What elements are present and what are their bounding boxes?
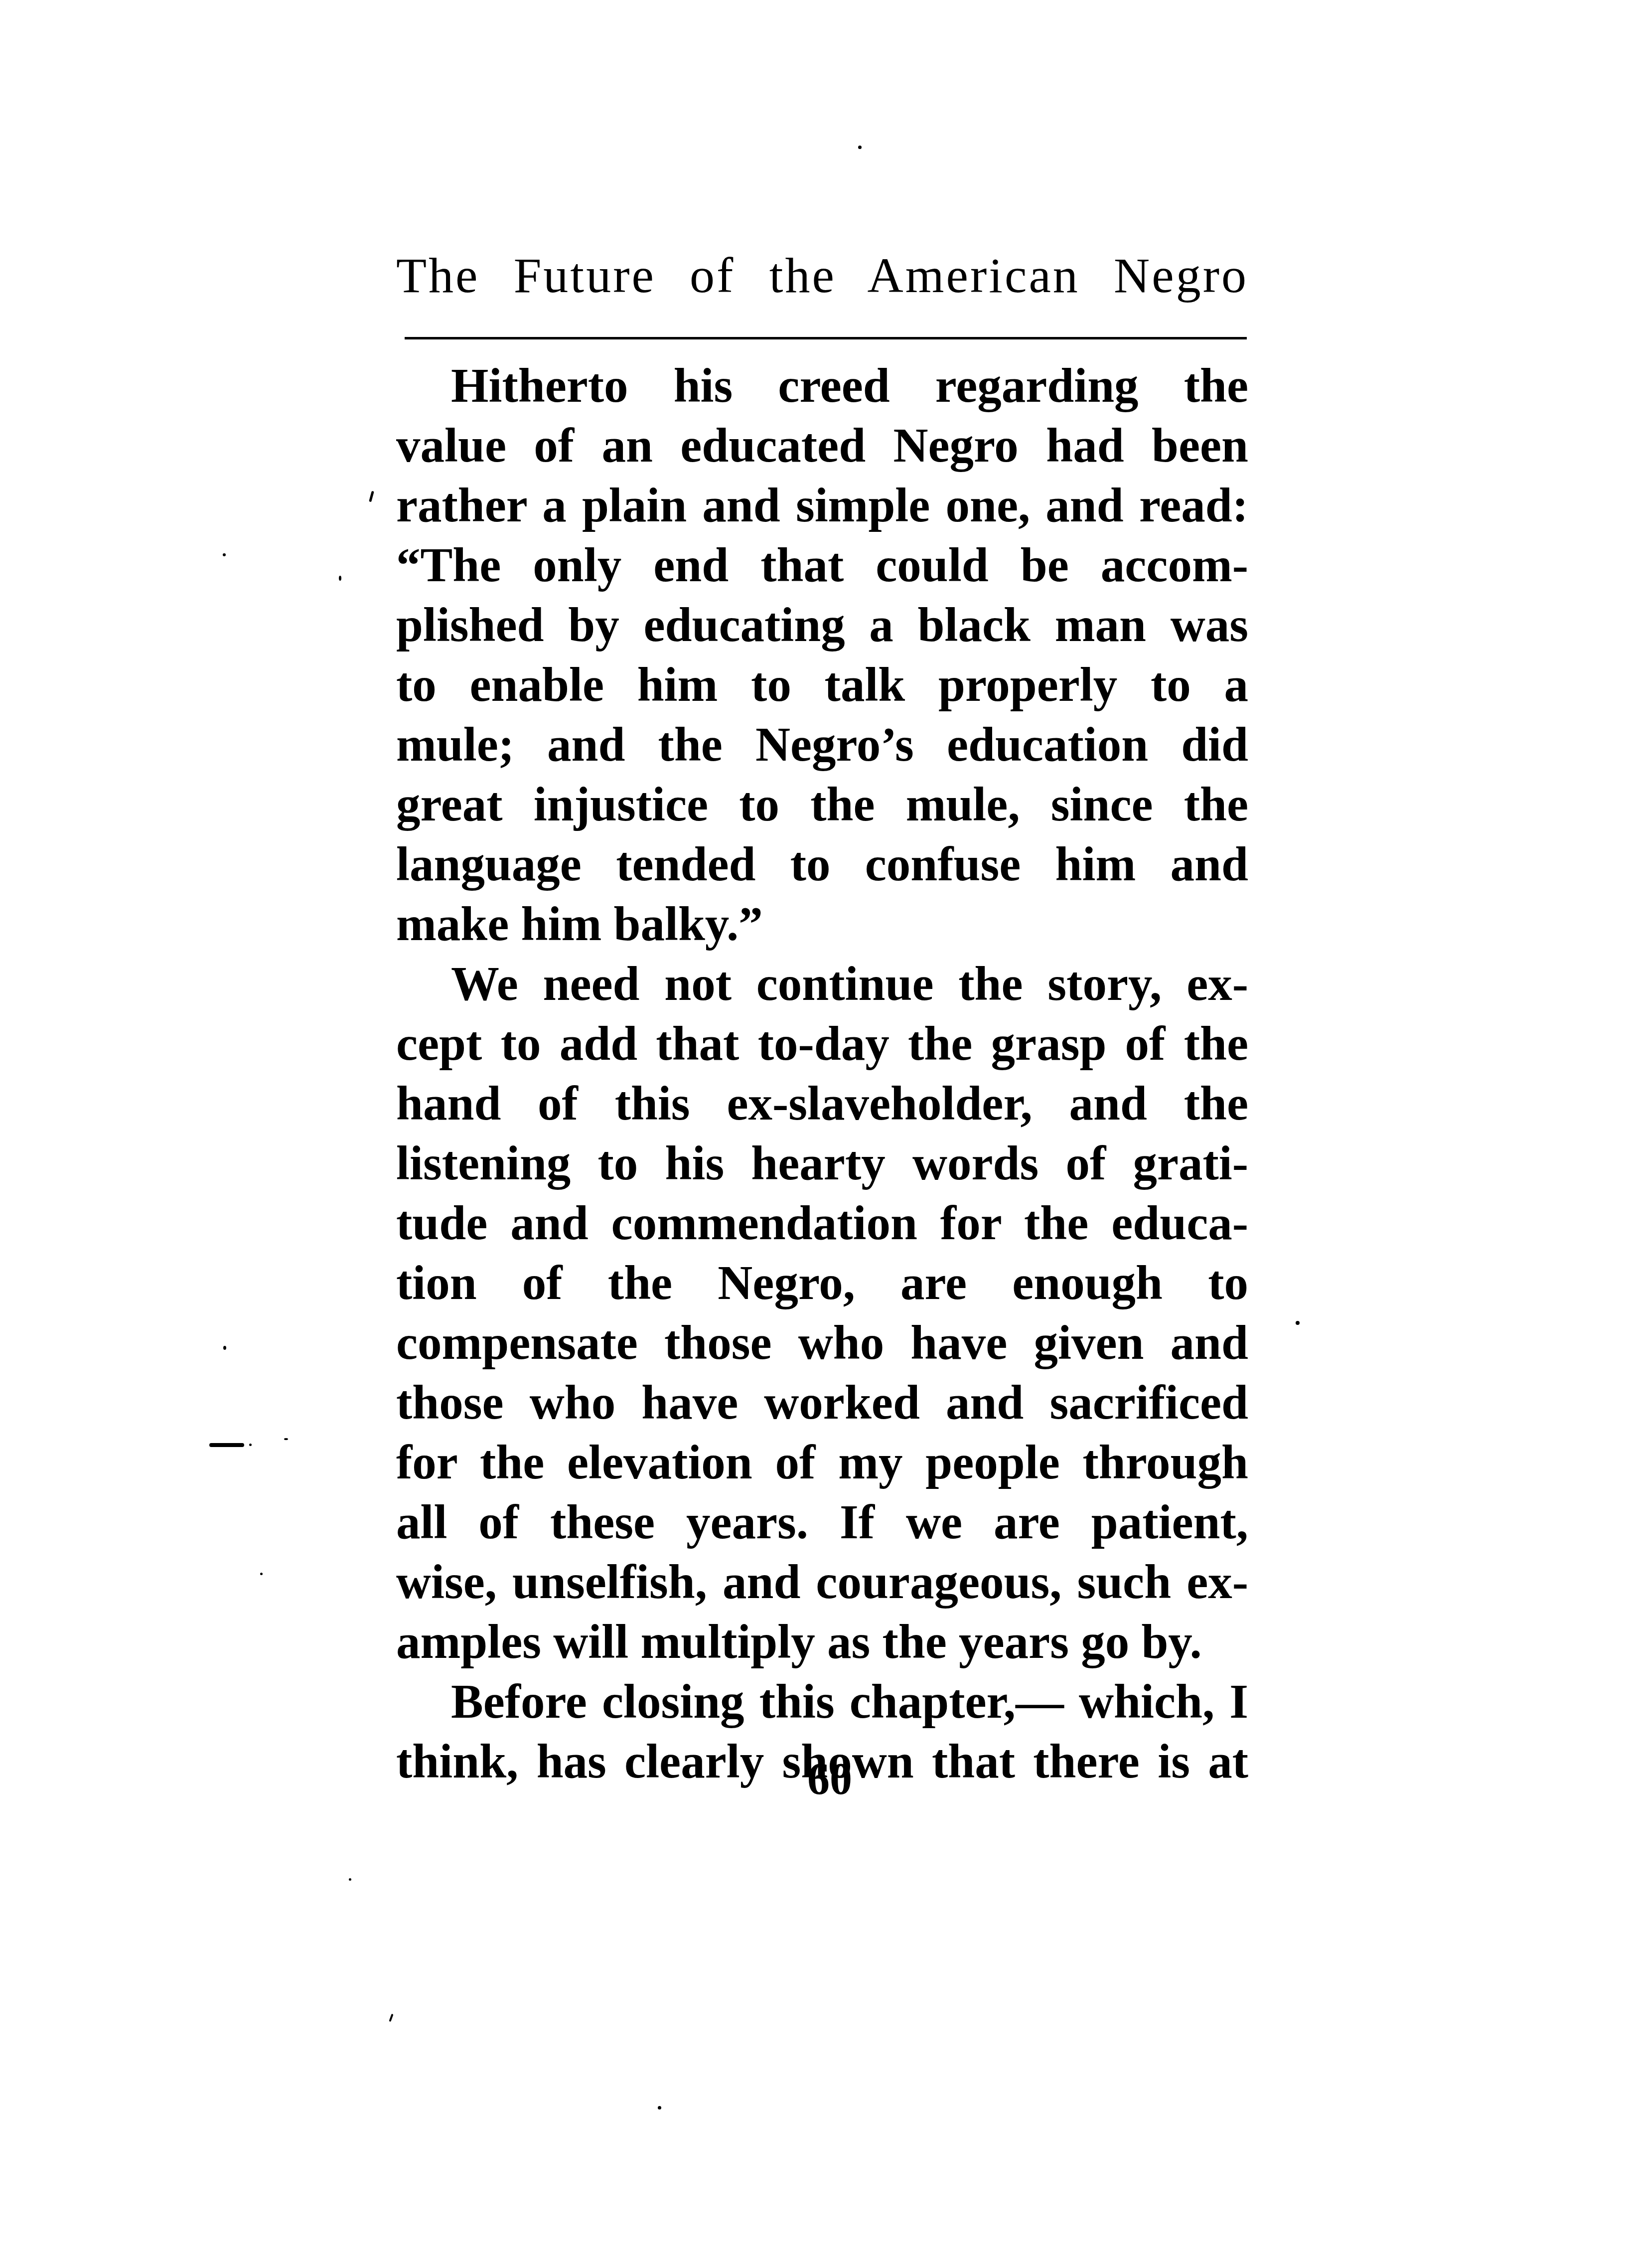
text-line: wise, unselfish, and courageous, such ex… xyxy=(396,1552,1248,1612)
running-head-title: The Future of the American Negro xyxy=(396,243,1248,308)
page-number: 60 xyxy=(780,1750,880,1809)
running-head: The Future of the American Negro xyxy=(396,243,1248,308)
text-line: “The only end that could be accom- xyxy=(396,535,1248,595)
scan-speck xyxy=(284,1438,288,1440)
text-line: tion of the Negro, are enough to xyxy=(396,1253,1248,1313)
text-line: compensate those who have given and xyxy=(396,1313,1248,1373)
text-line: cept to add that to-day the grasp of the xyxy=(396,1014,1248,1074)
text-line: mule; and the Negro’s education did xyxy=(396,715,1248,775)
scan-speck xyxy=(349,1878,351,1881)
scan-speck xyxy=(658,2106,661,2109)
text-line: value of an educated Negro had been xyxy=(396,416,1248,476)
body-text: Hitherto his creed regarding the value o… xyxy=(396,356,1248,1791)
scan-speck xyxy=(389,2014,393,2022)
scan-speck xyxy=(249,1444,252,1446)
text-line: listening to his hearty words of grati- xyxy=(396,1134,1248,1193)
text-line: to enable him to talk properly to a xyxy=(396,655,1248,715)
scan-speck xyxy=(1296,1321,1300,1325)
scan-speck xyxy=(223,1346,226,1350)
header-rule xyxy=(405,337,1247,339)
text-line: great injustice to the mule, since the xyxy=(396,775,1248,834)
text-line: Before closing this chapter,— which, I xyxy=(396,1672,1248,1732)
text-line: hand of this ex-slaveholder, and the xyxy=(396,1074,1248,1134)
text-line: language tended to confuse him and xyxy=(396,834,1248,894)
text-line: tude and commendation for the educa- xyxy=(396,1193,1248,1253)
scan-speck xyxy=(223,553,226,556)
text-line: for the elevation of my people through xyxy=(396,1433,1248,1492)
text-line: plished by educating a black man was xyxy=(396,595,1248,655)
scan-speck xyxy=(858,146,862,149)
scan-speck xyxy=(339,576,341,581)
text-line: We need not continue the story, ex- xyxy=(396,954,1248,1014)
scan-speck xyxy=(209,1443,244,1447)
text-line: rather a plain and simple one, and read: xyxy=(396,476,1248,535)
scan-speck xyxy=(260,1573,263,1575)
text-line: those who have worked and sacrificed xyxy=(396,1373,1248,1433)
scan-speck xyxy=(369,491,374,502)
text-line: Hitherto his creed regarding the xyxy=(396,356,1248,416)
text-line: amples will multiply as the years go by. xyxy=(396,1612,1248,1672)
text-line: all of these years. If we are patient, xyxy=(396,1492,1248,1552)
book-page: The Future of the American Negro Hithert… xyxy=(0,0,1628,2268)
text-line: make him balky.” xyxy=(396,894,1248,954)
